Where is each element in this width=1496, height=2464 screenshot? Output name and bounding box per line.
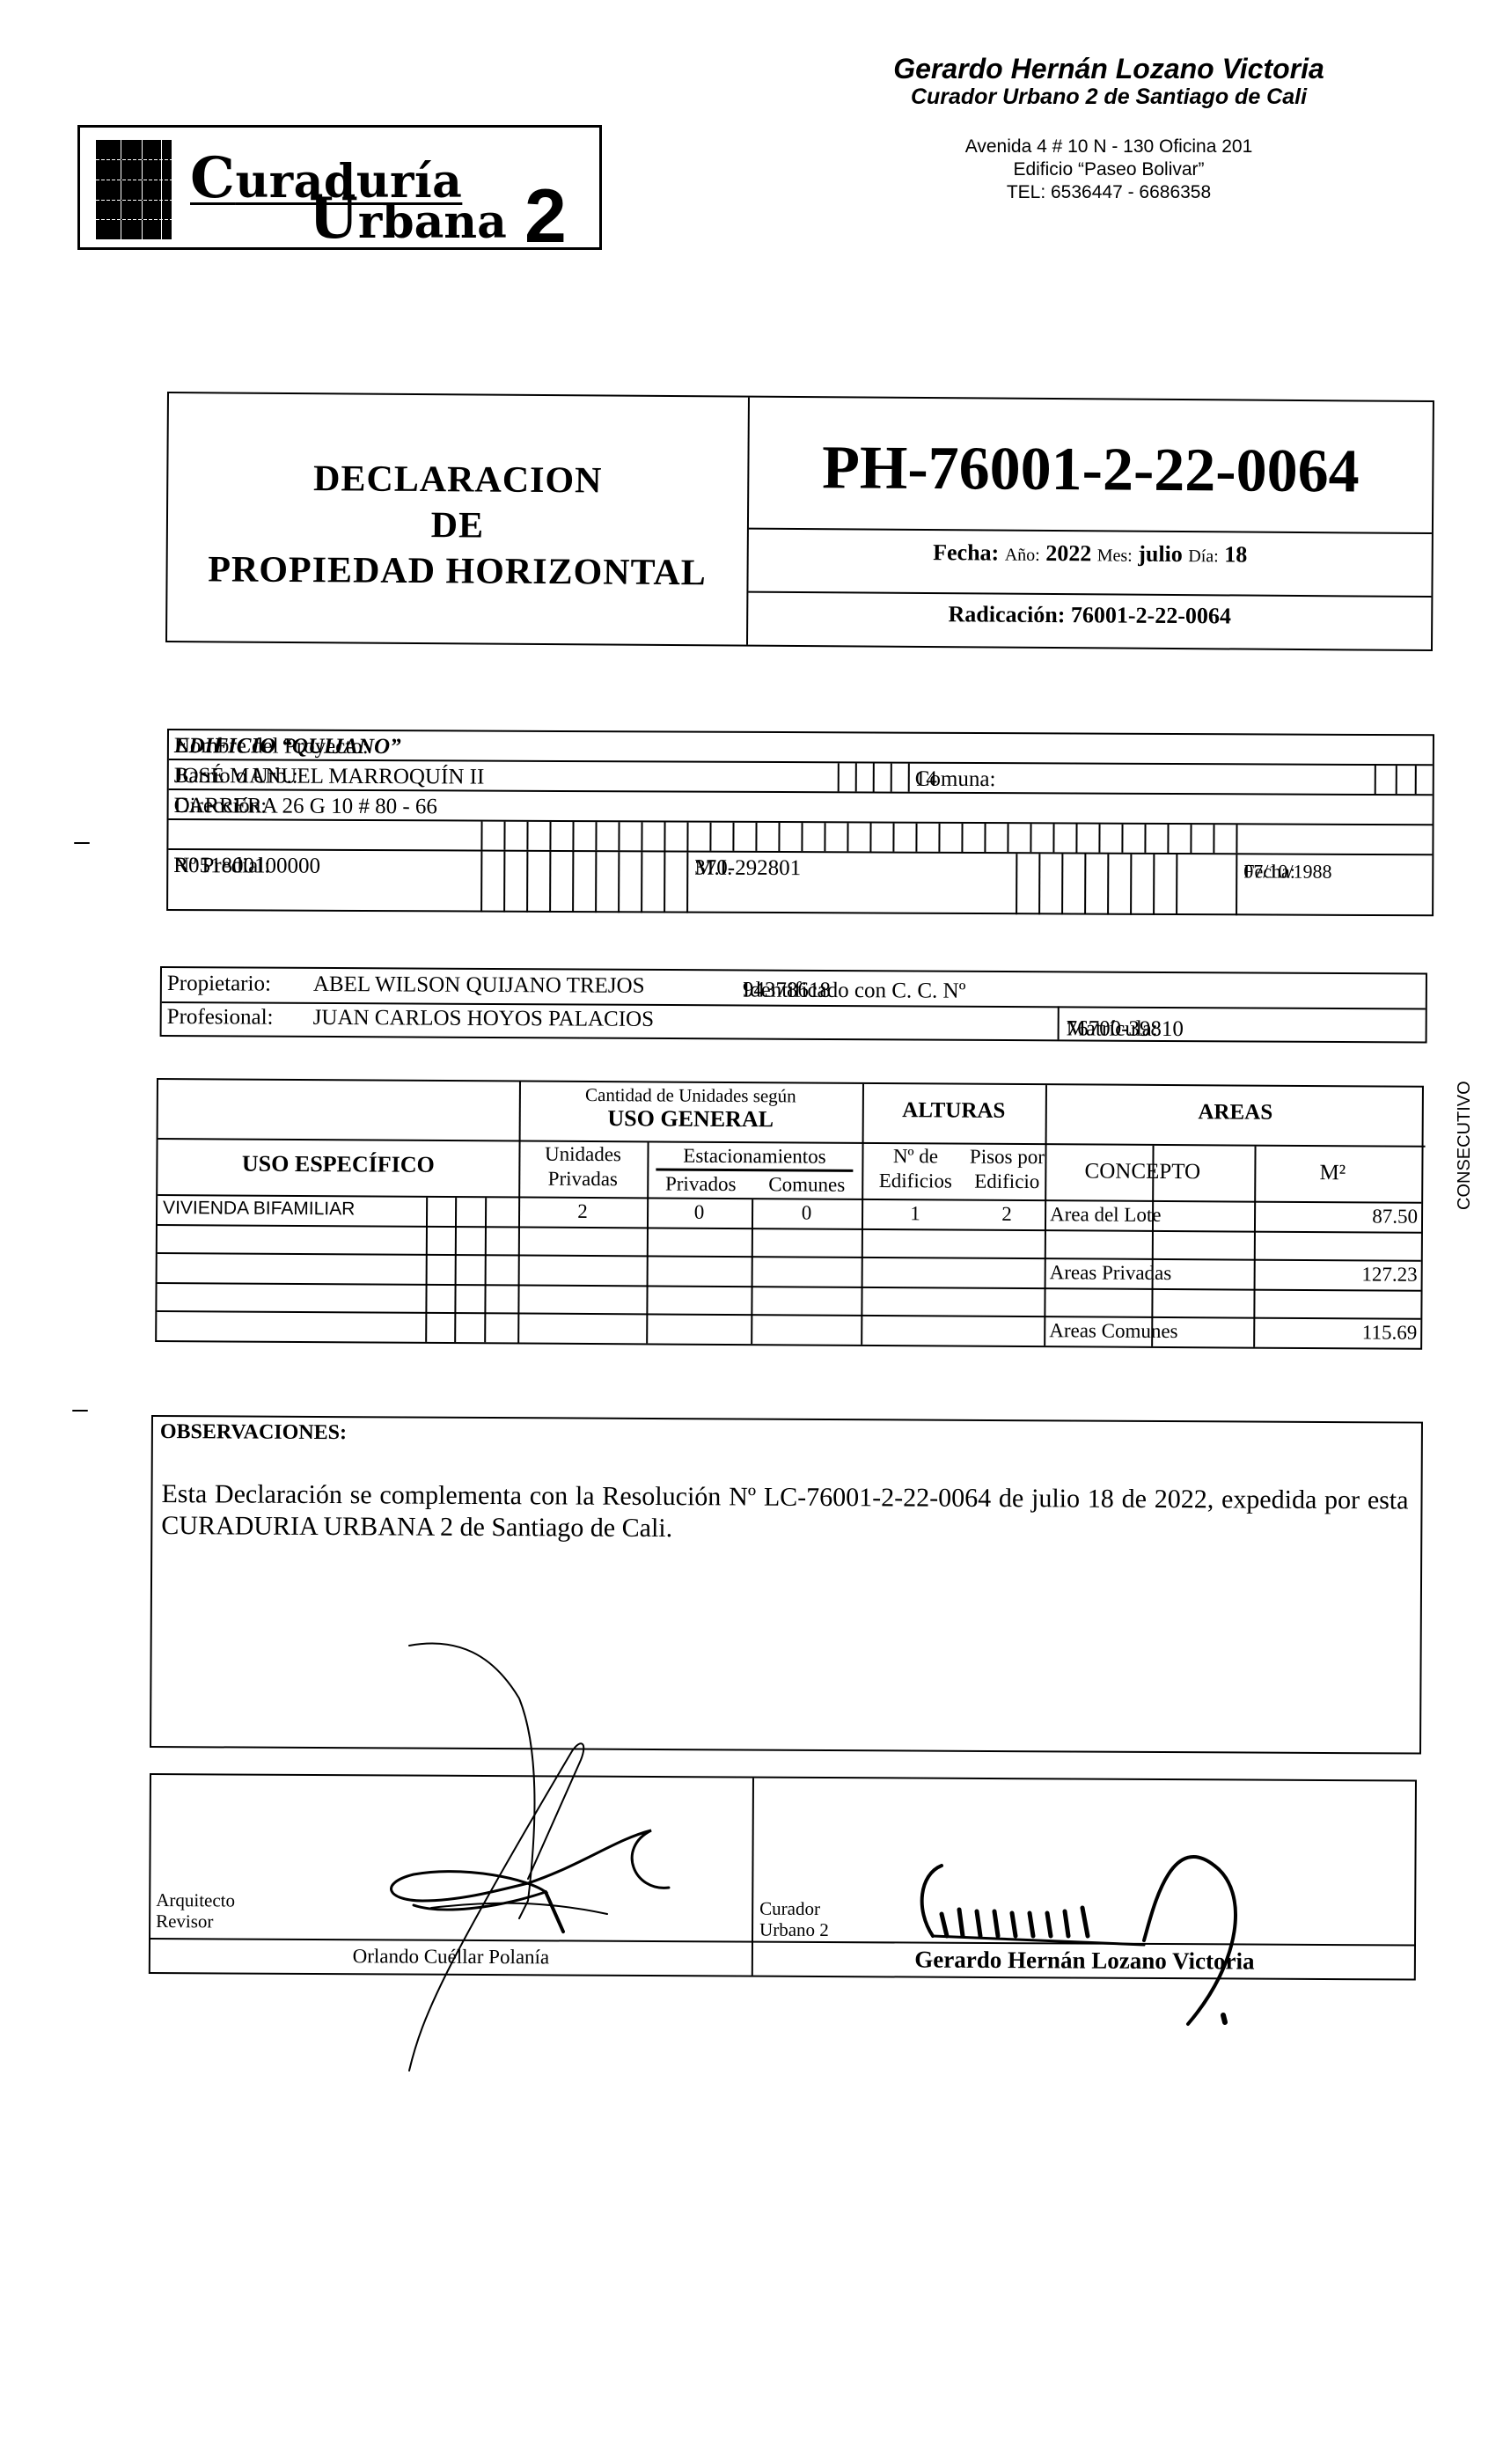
handwritten-signatures	[0, 0, 1496, 2464]
